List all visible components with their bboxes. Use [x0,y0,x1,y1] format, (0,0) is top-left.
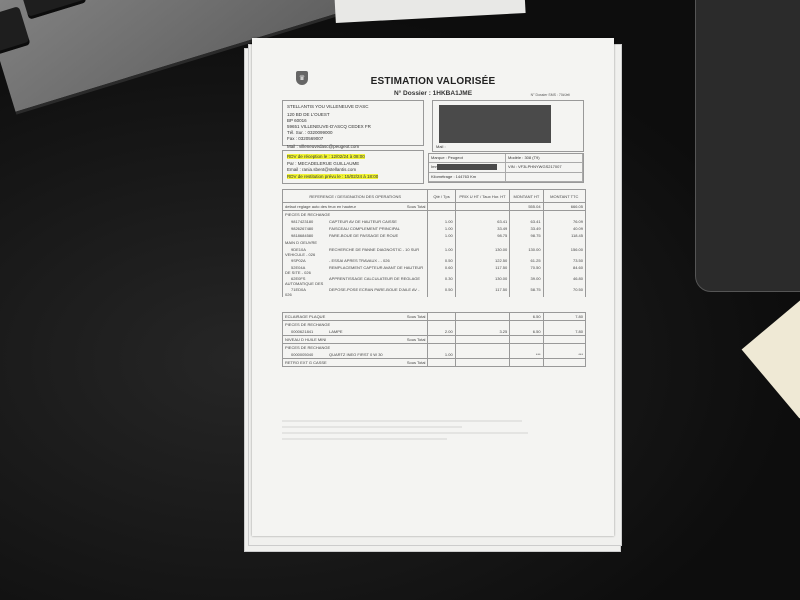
table-row: 9SP02A- ESSAI APRES TRAVAUX - - 0260.501… [283,257,586,264]
operations-table: REFERENCE / DESIGNATION DES OPERATIONS Q… [282,189,586,367]
table-row: 62E0FSAPPRENTISSAGE CALCULATEUR DE REGLA… [283,275,586,286]
table-row: 9DE10ARECHERCHE DE PANNE DIAGNOSTIC - 10… [283,246,586,257]
table-row: 0000621841LAMPE2.003.256.507.80 [283,328,586,336]
mousepad [695,0,800,292]
dossier-sms: N° Dossier SMS : 70#Jeli [531,93,570,97]
redacted-client [439,105,551,143]
table-row: 71ED0ADEPOSE-POSE ECRAN PARE-BOUE D'AILE… [283,286,586,297]
group-row: MAIN D OEUVRE [283,239,586,246]
table-row: 0000005040QUARTZ INEO FIRST 0 W 301.00**… [283,351,586,359]
group-row: PIECES DE RECHANGE [283,344,586,352]
section-row: ECLAIRAGE PLAQUESous Total6.507.80 [283,313,586,321]
section-row: RETRO EXT G CASSESous Total [283,359,586,367]
section-row: defaut reglage auto des feux en hauteurS… [283,203,586,211]
group-row: PIECES DE RECHANGE [283,321,586,329]
vehicle-info: Marque : Peugeot Modèle : 308 (T9) Imm V… [428,153,584,183]
table-row: 52E04AREMPLACEMENT CAPTEUR AVANT DE HAUT… [283,264,586,275]
keyboard-key [0,6,31,57]
appointment-info: RDV de réception le : 12/02/24 à 08:00 P… [282,150,424,184]
table-row: 9817423180CAPTEUR AV DE HAUTEUR CAISSE1.… [283,218,586,225]
keyboard-key-ctrl: Ctrl [19,0,87,20]
table-row: 9818684580PARE-BOUE DE PASSAGE DE ROUE1.… [283,232,586,239]
dealer-address: STELLANTIS YOU VILLENEUVE D'ASC 120 BD D… [282,100,424,146]
table-row: 9826267480FAISCEAU COMPLEMENT PRINCIPAL1… [283,225,586,232]
document-title: ESTIMATION VALORISÉE [252,76,614,87]
redacted-plate [437,164,497,170]
estimate-document: ♛ ESTIMATION VALORISÉE N° Dossier : 1HKB… [252,38,614,536]
client-info: Mail : [432,100,584,152]
group-row: PIECES DE RECHANGE [283,211,586,219]
section-row: NIVEAU D HUILE MINISous Total [283,336,586,344]
document-footer-text [282,416,582,444]
